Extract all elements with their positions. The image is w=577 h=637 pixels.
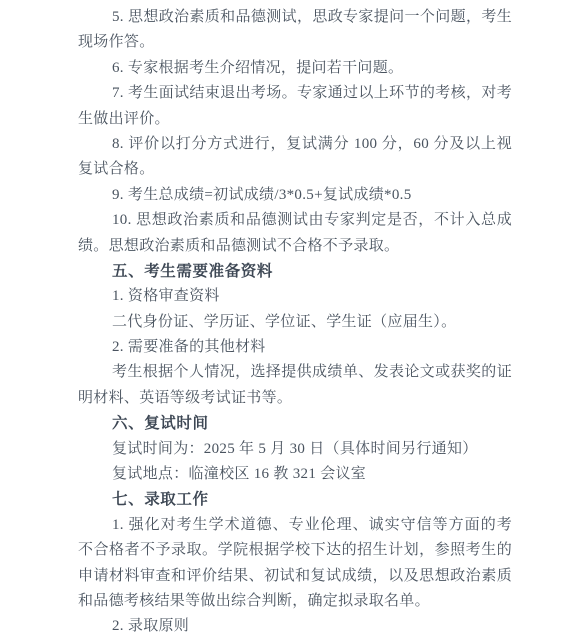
paragraph: 5. 思想政治素质和品德测试，思政专家提问一个问题，考生现场作答。 [78, 5, 512, 56]
paragraph: 2. 录取原则 [78, 614, 512, 637]
paragraph: 二代身份证、学历证、学位证、学生证（应届生）。 [78, 310, 512, 335]
text-line: 6. 专家根据考生介绍情况，提问若干问题。 [78, 56, 512, 81]
text-line: 申请材料审查和评价结果、初试和复试成绩，以及思想政治素质 [78, 564, 512, 589]
text-line: 五、考生需要准备资料 [78, 259, 512, 284]
text-line: 9. 考生总成绩=初试成绩/3*0.5+复试成绩*0.5 [78, 183, 512, 208]
text-line: 复试时间为：2025 年 5 月 30 日（具体时间另行通知） [78, 437, 512, 462]
text-line: 六、复试时间 [78, 411, 512, 436]
section-heading: 七、录取工作 [78, 487, 512, 512]
text-line: 考生根据个人情况，选择提供成绩单、发表论文或获奖的证 [78, 360, 512, 385]
text-line: 复试地点：临潼校区 16 教 321 会议室 [78, 462, 512, 487]
text-line: 明材料、英语等级考试证书等。 [78, 386, 512, 411]
section-heading: 五、考生需要准备资料 [78, 259, 512, 284]
document-page: 5. 思想政治素质和品德测试，思政专家提问一个问题，考生现场作答。6. 专家根据… [0, 0, 577, 637]
text-line: 2. 需要准备的其他材料 [78, 335, 512, 360]
paragraph: 1. 强化对考生学术道德、专业伦理、诚实守信等方面的考核，不合格者不予录取。学院… [78, 513, 512, 615]
text-line: 现场作答。 [78, 30, 512, 55]
paragraph: 9. 考生总成绩=初试成绩/3*0.5+复试成绩*0.5 [78, 183, 512, 208]
paragraph: 7. 考生面试结束退出考场。专家通过以上环节的考核，对考生做出评价。 [78, 81, 512, 132]
text-line: 和品德考核结果等做出综合判断，确定拟录取名单。 [78, 589, 512, 614]
text-line: 复试合格。 [78, 157, 512, 182]
paragraph: 复试时间为：2025 年 5 月 30 日（具体时间另行通知） [78, 437, 512, 462]
text-line: 生做出评价。 [78, 107, 512, 132]
text-line: 1. 强化对考生学术道德、专业伦理、诚实守信等方面的考核， [78, 513, 512, 538]
text-line: 8. 评价以打分方式进行，复试满分 100 分，60 分及以上视为 [78, 132, 512, 157]
paragraph: 8. 评价以打分方式进行，复试满分 100 分，60 分及以上视为复试合格。 [78, 132, 512, 183]
text-line: 绩。思想政治素质和品德测试不合格不予录取。 [78, 234, 512, 259]
paragraph: 2. 需要准备的其他材料 [78, 335, 512, 360]
text-line: 2. 录取原则 [78, 614, 512, 637]
text-line: 1. 资格审查资料 [78, 284, 512, 309]
section-heading: 六、复试时间 [78, 411, 512, 436]
paragraph: 6. 专家根据考生介绍情况，提问若干问题。 [78, 56, 512, 81]
text-line: 7. 考生面试结束退出考场。专家通过以上环节的考核，对考 [78, 81, 512, 106]
text-line: 二代身份证、学历证、学位证、学生证（应届生）。 [78, 310, 512, 335]
paragraph: 1. 资格审查资料 [78, 284, 512, 309]
text-line: 七、录取工作 [78, 487, 512, 512]
paragraph: 复试地点：临潼校区 16 教 321 会议室 [78, 462, 512, 487]
text-line: 10. 思想政治素质和品德测试由专家判定是否，不计入总成 [78, 208, 512, 233]
text-line: 5. 思想政治素质和品德测试，思政专家提问一个问题，考生 [78, 5, 512, 30]
paragraph: 考生根据个人情况，选择提供成绩单、发表论文或获奖的证明材料、英语等级考试证书等。 [78, 360, 512, 411]
text-line: 不合格者不予录取。学院根据学校下达的招生计划，参照考生的 [78, 538, 512, 563]
paragraph: 10. 思想政治素质和品德测试由专家判定是否，不计入总成绩。思想政治素质和品德测… [78, 208, 512, 259]
